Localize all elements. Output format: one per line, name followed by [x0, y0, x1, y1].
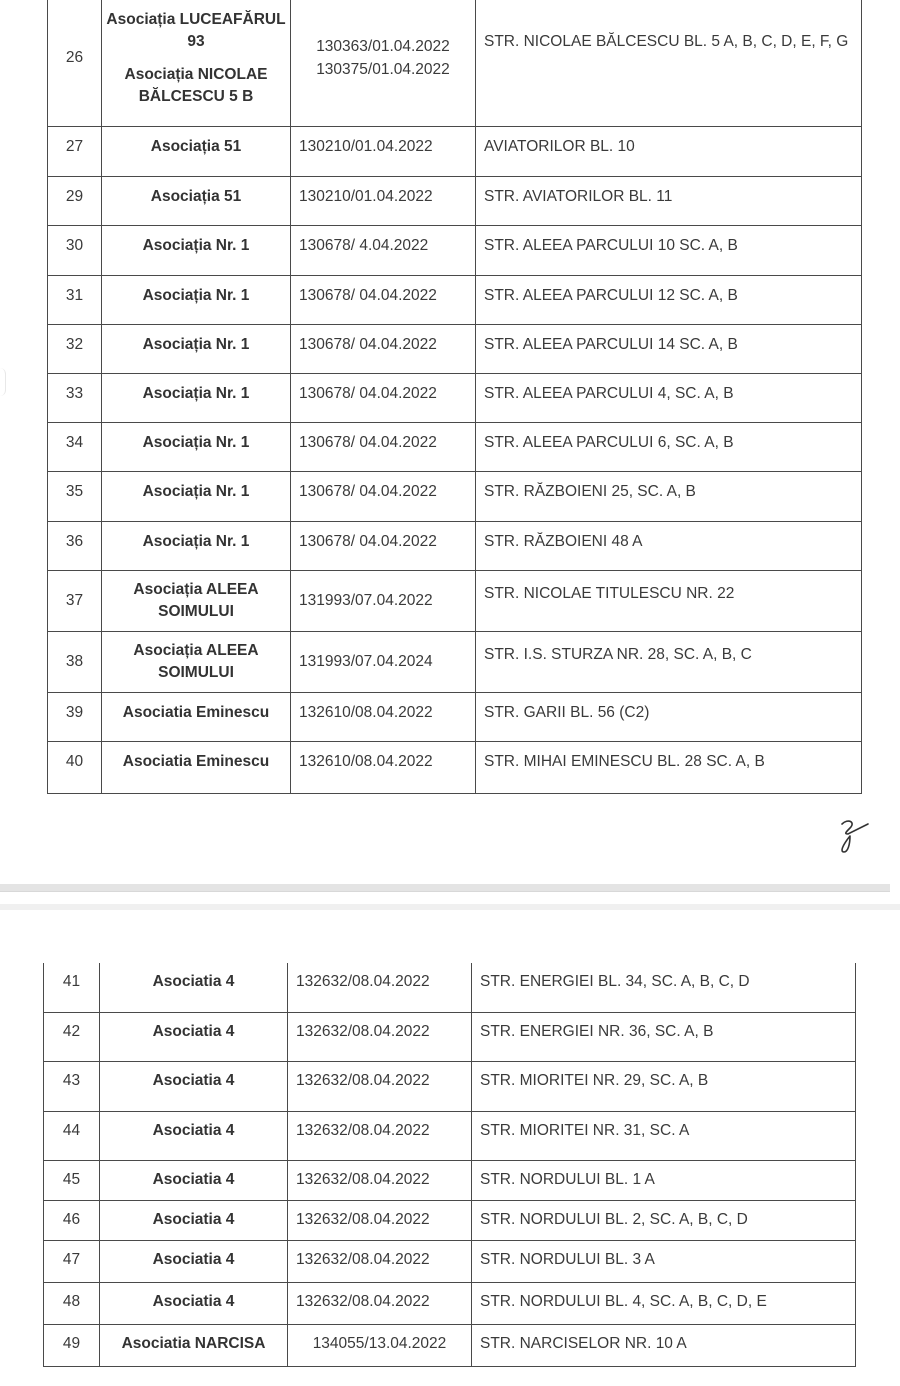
- association-name-line: Asociația Nr. 1: [102, 235, 290, 257]
- registration-line: 132632/08.04.2022: [296, 1171, 430, 1188]
- registration-line: 130678/ 04.04.2022: [299, 483, 437, 500]
- association-name: Asociatia 4: [100, 1160, 288, 1200]
- registration-line: 132632/08.04.2022: [296, 973, 430, 990]
- address: STR. I.S. STURZA NR. 28, SC. A, B, C: [476, 632, 862, 693]
- association-name-line: Asociatia Eminescu: [102, 702, 290, 724]
- address: STR. GARII BL. 56 (C2): [476, 693, 862, 742]
- table-row: 42Asociatia 4132632/08.04.2022STR. ENERG…: [44, 1012, 856, 1061]
- registration-line: 130375/01.04.2022: [291, 59, 475, 81]
- registration-number: 130210/01.04.2022: [291, 127, 476, 177]
- registration-number: 132632/08.04.2022: [288, 1012, 472, 1061]
- registration-number: 130678/ 04.04.2022: [291, 374, 476, 423]
- registration-line: 131993/07.04.2022: [299, 592, 433, 609]
- association-name-line: Asociația Nr. 1: [102, 334, 290, 356]
- row-number: 42: [44, 1012, 100, 1061]
- address: STR. ALEEA PARCULUI 6, SC. A, B: [476, 423, 862, 472]
- registration-line: 132632/08.04.2022: [296, 1072, 430, 1089]
- table-row: 48Asociatia 4132632/08.04.2022STR. NORDU…: [44, 1282, 856, 1324]
- registration-number: 132632/08.04.2022: [288, 1240, 472, 1282]
- address: STR. NARCISELOR NR. 10 A: [472, 1324, 856, 1366]
- association-name: Asociația Nr. 1: [102, 472, 291, 522]
- row-number: 26: [48, 0, 102, 127]
- page-separator: [0, 884, 890, 892]
- association-name-line: Asociatia 4: [100, 1209, 287, 1231]
- address: STR. ALEEA PARCULUI 4, SC. A, B: [476, 374, 862, 423]
- table-row: 44Asociatia 4132632/08.04.2022STR. MIORI…: [44, 1111, 856, 1160]
- table-row: 27Asociația 51130210/01.04.2022AVIATORIL…: [48, 127, 862, 177]
- row-number: 35: [48, 472, 102, 522]
- address: STR. ALEEA PARCULUI 14 SC. A, B: [476, 325, 862, 374]
- row-number: 31: [48, 276, 102, 325]
- row-number: 48: [44, 1282, 100, 1324]
- association-name-line: Asociatia 4: [100, 1169, 287, 1191]
- registration-number: 131993/07.04.2022: [291, 571, 476, 632]
- registration-number: 132610/08.04.2022: [291, 693, 476, 742]
- table-row: 26Asociația LUCEAFĂRUL 93Asociația NICOL…: [48, 0, 862, 127]
- association-name: Asociația LUCEAFĂRUL 93Asociația NICOLAE…: [102, 0, 291, 127]
- registration-line: 130678/ 04.04.2022: [299, 336, 437, 353]
- registration-line: 130678/ 04.04.2022: [299, 385, 437, 402]
- address: STR. NORDULUI BL. 4, SC. A, B, C, D, E: [472, 1282, 856, 1324]
- table-row: 38Asociația ALEEA SOIMULUI131993/07.04.2…: [48, 632, 862, 693]
- row-number: 29: [48, 177, 102, 226]
- table-row: 31Asociația Nr. 1130678/ 04.04.2022STR. …: [48, 276, 862, 325]
- registration-line: 134055/13.04.2022: [313, 1335, 447, 1352]
- row-number: 45: [44, 1160, 100, 1200]
- document-page-2: 41Asociatia 4132632/08.04.2022STR. ENERG…: [0, 908, 900, 1386]
- association-name: Asociatia 4: [100, 1240, 288, 1282]
- row-number: 44: [44, 1111, 100, 1160]
- association-name-line: Asociația Nr. 1: [102, 531, 290, 553]
- association-name: Asociatia 4: [100, 963, 288, 1012]
- address: STR. NORDULUI BL. 2, SC. A, B, C, D: [472, 1200, 856, 1240]
- registration-line: 130678/ 04.04.2022: [299, 434, 437, 451]
- association-name: Asociatia Eminescu: [102, 742, 291, 794]
- table-row: 29Asociația 51130210/01.04.2022STR. AVIA…: [48, 177, 862, 226]
- row-number: 46: [44, 1200, 100, 1240]
- address: STR. MIHAI EMINESCU BL. 28 SC. A, B: [476, 742, 862, 794]
- address: STR. MIORITEI NR. 29, SC. A, B: [472, 1061, 856, 1111]
- row-number: 37: [48, 571, 102, 632]
- row-number: 36: [48, 522, 102, 571]
- address: STR. NORDULUI BL. 3 A: [472, 1240, 856, 1282]
- row-number: 27: [48, 127, 102, 177]
- association-name: Asociația Nr. 1: [102, 374, 291, 423]
- registration-line: 130210/01.04.2022: [299, 188, 433, 205]
- association-name-line: Asociatia 4: [100, 1070, 287, 1092]
- registration-number: 134055/13.04.2022: [288, 1324, 472, 1366]
- association-name-line: Asociația Nr. 1: [102, 481, 290, 503]
- registration-number: 130678/ 04.04.2022: [291, 472, 476, 522]
- table-row: 33Asociația Nr. 1130678/ 04.04.2022STR. …: [48, 374, 862, 423]
- association-name-line: Asociatia 4: [100, 971, 287, 993]
- address: STR. RĂZBOIENI 48 A: [476, 522, 862, 571]
- document-page-1: 26Asociația LUCEAFĂRUL 93Asociația NICOL…: [0, 0, 900, 885]
- registration-line: 132610/08.04.2022: [299, 753, 433, 770]
- address: STR. NORDULUI BL. 1 A: [472, 1160, 856, 1200]
- registration-number: 130678/ 04.04.2022: [291, 325, 476, 374]
- address: STR. NICOLAE TITULESCU NR. 22: [476, 571, 862, 632]
- registration-line: 130678/ 4.04.2022: [299, 237, 428, 254]
- table-row: 43Asociatia 4132632/08.04.2022STR. MIORI…: [44, 1061, 856, 1111]
- association-name: Asociatia 4: [100, 1282, 288, 1324]
- address: AVIATORILOR BL. 10: [476, 127, 862, 177]
- registration-number: 132632/08.04.2022: [288, 1200, 472, 1240]
- address: STR. ENERGIEI BL. 34, SC. A, B, C, D: [472, 963, 856, 1012]
- page-edge-mark: [0, 368, 6, 396]
- registration-line: 132632/08.04.2022: [296, 1251, 430, 1268]
- association-name-line: Asociatia 4: [100, 1120, 287, 1142]
- association-name: Asociația ALEEA SOIMULUI: [102, 571, 291, 632]
- address: STR. ALEEA PARCULUI 10 SC. A, B: [476, 226, 862, 276]
- address: STR. ALEEA PARCULUI 12 SC. A, B: [476, 276, 862, 325]
- registration-number: 130210/01.04.2022: [291, 177, 476, 226]
- association-name-line: Asociatia 4: [100, 1021, 287, 1043]
- association-name-line: Asociatia 4: [100, 1249, 287, 1271]
- row-number: 43: [44, 1061, 100, 1111]
- association-name: Asociația Nr. 1: [102, 522, 291, 571]
- association-name-line: Asociația Nr. 1: [102, 432, 290, 454]
- table-row: 39Asociatia Eminescu132610/08.04.2022STR…: [48, 693, 862, 742]
- row-number: 40: [48, 742, 102, 794]
- table-row: 45Asociatia 4132632/08.04.2022STR. NORDU…: [44, 1160, 856, 1200]
- registration-line: 130678/ 04.04.2022: [299, 533, 437, 550]
- table-row: 30Asociația Nr. 1130678/ 4.04.2022STR. A…: [48, 226, 862, 276]
- association-name: Asociația Nr. 1: [102, 325, 291, 374]
- association-name-line: Asociația ALEEA SOIMULUI: [102, 579, 290, 624]
- table-row: 46Asociatia 4132632/08.04.2022STR. NORDU…: [44, 1200, 856, 1240]
- association-name: Asociația Nr. 1: [102, 276, 291, 325]
- row-number: 30: [48, 226, 102, 276]
- registration-number: 132632/08.04.2022: [288, 1160, 472, 1200]
- association-name-line: Asociația LUCEAFĂRUL 93: [102, 9, 290, 54]
- association-name: Asociația 51: [102, 177, 291, 226]
- row-number: 39: [48, 693, 102, 742]
- table-row: 40Asociatia Eminescu132610/08.04.2022STR…: [48, 742, 862, 794]
- row-number: 41: [44, 963, 100, 1012]
- row-number: 49: [44, 1324, 100, 1366]
- association-name: Asociația Nr. 1: [102, 423, 291, 472]
- association-name-line: Asociația Nr. 1: [102, 383, 290, 405]
- association-name: Asociația ALEEA SOIMULUI: [102, 632, 291, 693]
- table-row: 34Asociația Nr. 1130678/ 04.04.2022STR. …: [48, 423, 862, 472]
- association-name-line: Asociatia 4: [100, 1291, 287, 1313]
- registration-line: 130210/01.04.2022: [299, 138, 433, 155]
- address: STR. RĂZBOIENI 25, SC. A, B: [476, 472, 862, 522]
- registration-number: 132632/08.04.2022: [288, 963, 472, 1012]
- association-name: Asociația Nr. 1: [102, 226, 291, 276]
- address: STR. MIORITEI NR. 31, SC. A: [472, 1111, 856, 1160]
- signature-mark-icon: [836, 818, 872, 858]
- row-number: 47: [44, 1240, 100, 1282]
- association-name-line: Asociația 51: [102, 186, 290, 208]
- association-name: Asociatia 4: [100, 1200, 288, 1240]
- row-number: 32: [48, 325, 102, 374]
- address: STR. ENERGIEI NR. 36, SC. A, B: [472, 1012, 856, 1061]
- association-name: Asociatia 4: [100, 1012, 288, 1061]
- registration-number: 130678/ 4.04.2022: [291, 226, 476, 276]
- association-name: Asociația 51: [102, 127, 291, 177]
- registration-number: 130363/01.04.2022130375/01.04.2022: [291, 0, 476, 127]
- association-name-line: Asociația 51: [102, 136, 290, 158]
- address: STR. NICOLAE BĂLCESCU BL. 5 A, B, C, D, …: [476, 0, 862, 127]
- table-row: 47Asociatia 4132632/08.04.2022STR. NORDU…: [44, 1240, 856, 1282]
- registration-number: 130678/ 04.04.2022: [291, 423, 476, 472]
- association-name-line: Asociația NICOLAE BĂLCESCU 5 B: [102, 64, 290, 109]
- associations-table-page-2: 41Asociatia 4132632/08.04.2022STR. ENERG…: [43, 963, 856, 1367]
- associations-table-page-1: 26Asociația LUCEAFĂRUL 93Asociația NICOL…: [47, 0, 862, 794]
- registration-number: 132610/08.04.2022: [291, 742, 476, 794]
- table-row: 37Asociația ALEEA SOIMULUI131993/07.04.2…: [48, 571, 862, 632]
- registration-line: 132632/08.04.2022: [296, 1211, 430, 1228]
- registration-number: 132632/08.04.2022: [288, 1282, 472, 1324]
- registration-number: 130678/ 04.04.2022: [291, 276, 476, 325]
- table-row: 36Asociația Nr. 1130678/ 04.04.2022STR. …: [48, 522, 862, 571]
- registration-line: 130678/ 04.04.2022: [299, 287, 437, 304]
- registration-number: 131993/07.04.2024: [291, 632, 476, 693]
- row-number: 34: [48, 423, 102, 472]
- row-number: 38: [48, 632, 102, 693]
- registration-line: 130363/01.04.2022: [291, 36, 475, 58]
- registration-line: 132632/08.04.2022: [296, 1293, 430, 1310]
- association-name: Asociatia 4: [100, 1061, 288, 1111]
- table-row: 41Asociatia 4132632/08.04.2022STR. ENERG…: [44, 963, 856, 1012]
- registration-number: 132632/08.04.2022: [288, 1061, 472, 1111]
- association-name-line: Asociatia NARCISA: [100, 1333, 287, 1355]
- registration-line: 132632/08.04.2022: [296, 1122, 430, 1139]
- association-name: Asociatia NARCISA: [100, 1324, 288, 1366]
- row-number: 33: [48, 374, 102, 423]
- table-row: 32Asociația Nr. 1130678/ 04.04.2022STR. …: [48, 325, 862, 374]
- table-row: 49Asociatia NARCISA134055/13.04.2022STR.…: [44, 1324, 856, 1366]
- registration-line: 132632/08.04.2022: [296, 1023, 430, 1040]
- association-name-line: Asociația Nr. 1: [102, 285, 290, 307]
- association-name-line: Asociatia Eminescu: [102, 751, 290, 773]
- registration-number: 130678/ 04.04.2022: [291, 522, 476, 571]
- table-row: 35Asociația Nr. 1130678/ 04.04.2022STR. …: [48, 472, 862, 522]
- association-name-line: Asociația ALEEA SOIMULUI: [102, 640, 290, 685]
- address: STR. AVIATORILOR BL. 11: [476, 177, 862, 226]
- registration-line: 131993/07.04.2024: [299, 653, 433, 670]
- association-name: Asociatia 4: [100, 1111, 288, 1160]
- registration-line: 132610/08.04.2022: [299, 704, 433, 721]
- registration-number: 132632/08.04.2022: [288, 1111, 472, 1160]
- association-name: Asociatia Eminescu: [102, 693, 291, 742]
